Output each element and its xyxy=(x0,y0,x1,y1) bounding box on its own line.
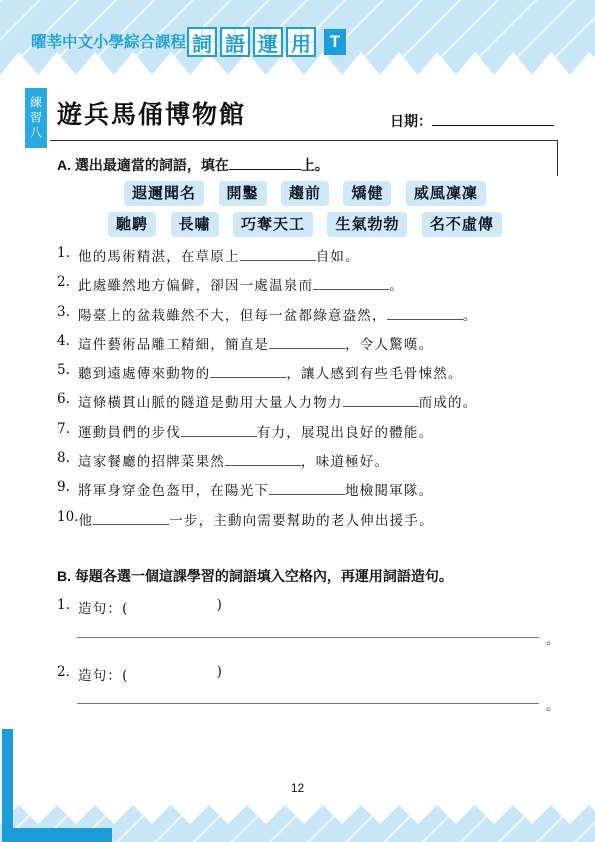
question-post-text: 。 xyxy=(389,278,404,294)
sentence-end-period: 。 xyxy=(546,694,560,714)
question-text: 這件藝術品雕工精細，簡直是，令人驚嘆。 xyxy=(78,333,433,353)
word-bank-row: 馳騁 長嘯 巧奪天工 生氣勃勃 名不虛傳 xyxy=(60,212,550,237)
answer-blank xyxy=(240,248,316,261)
answer-blank xyxy=(313,277,389,290)
inline-blank xyxy=(229,157,301,170)
sentence-end-period: 。 xyxy=(546,628,560,648)
sentence-label: 造句：( xyxy=(78,597,129,617)
sentence-item: 1. 造句：() xyxy=(57,597,223,617)
question-text: 他一步，主動向需要幫助的老人伸出援手。 xyxy=(78,509,433,529)
course-title: 曜莘中文小學綜合課程 xyxy=(31,30,186,52)
unit-char-box: 運 xyxy=(253,27,283,57)
word-bank-chip: 矯健 xyxy=(343,181,391,206)
word-fill-gap xyxy=(129,664,217,684)
question-number: 8. xyxy=(57,450,78,466)
unit-char-box: 詞 xyxy=(187,27,217,57)
answer-blank xyxy=(343,394,419,407)
question-pre-text: 運動員們的步伐 xyxy=(78,425,181,441)
word-bank-chip: 名不虛傳 xyxy=(422,212,502,237)
word-bank-chip: 生氣勃勃 xyxy=(327,212,407,237)
teacher-tag-badge: T xyxy=(324,29,346,55)
bottom-margin-bar xyxy=(2,828,112,842)
worksheet-page: 曜莘中文小學綜合課程 詞 語 運 用 T 練習八 遊兵馬俑博物館 日期： A. … xyxy=(0,0,595,842)
question-number: 2. xyxy=(57,274,78,290)
left-margin-bar xyxy=(2,729,13,842)
title-divider-corner xyxy=(557,140,558,176)
question-text: 他的馬術精湛，在草原上自如。 xyxy=(78,245,360,265)
question-post-text: 一步，主動向需要幫助的老人伸出援手。 xyxy=(169,513,434,529)
question-list: 1. 他的馬術精湛，在草原上自如。 2. 此處雖然地方偏僻，卻因一處温泉而。 3… xyxy=(57,245,567,538)
question-item: 7. 運動員們的步伐有力，展現出良好的體能。 xyxy=(57,421,567,450)
sentence-label: 造句：( xyxy=(78,664,129,684)
answer-blank xyxy=(210,365,286,378)
question-text: 聽到遠處傳來動物的，讓人感到有些毛骨悚然。 xyxy=(78,362,463,382)
question-item: 2. 此處雖然地方偏僻，卻因一處温泉而。 xyxy=(57,274,567,303)
question-pre-text: 這件藝術品雕工精細，簡直是 xyxy=(78,337,269,353)
date-field: 日期： xyxy=(390,111,554,131)
question-pre-text: 陽臺上的盆栽雖然不大，但每一盆都綠意盎然， xyxy=(78,308,387,324)
word-bank-row: 遐邇聞名 開鑿 趨前 矯健 威風凜凜 xyxy=(60,181,550,206)
question-pre-text: 這家餐廳的招牌菜果然 xyxy=(78,454,225,470)
word-bank-chip: 遐邇聞名 xyxy=(124,181,204,206)
answer-blank xyxy=(93,512,169,525)
word-bank-chip: 開鑿 xyxy=(219,181,267,206)
question-pre-text: 聽到遠處傳來動物的 xyxy=(78,366,210,382)
question-text: 這家餐廳的招牌菜果然，味道極好。 xyxy=(78,450,389,470)
word-bank-chip: 威風凜凜 xyxy=(406,181,486,206)
question-post-text: 自如。 xyxy=(316,249,360,265)
unit-title-boxes: 詞 語 運 用 T xyxy=(187,27,346,57)
word-bank: 遐邇聞名 開鑿 趨前 矯健 威風凜凜 馳騁 長嘯 巧奪天工 生氣勃勃 名不虛傳 xyxy=(60,181,550,243)
question-item: 6. 這條橫貫山脈的隧道是動用大量人力物力而成的。 xyxy=(57,391,567,420)
question-post-text: 有力，展現出良好的體能。 xyxy=(257,425,433,441)
sentence-answer-line xyxy=(77,637,539,638)
question-post-text: 。 xyxy=(463,308,478,324)
question-pre-text: 將軍身穿金色盔甲，在陽光下 xyxy=(78,483,269,499)
question-pre-text: 他的馬術精湛，在草原上 xyxy=(78,249,240,265)
question-number: 3. xyxy=(57,304,78,320)
question-text: 陽臺上的盆栽雖然不大，但每一盆都綠意盎然，。 xyxy=(78,304,477,324)
question-item: 9. 將軍身穿金色盔甲，在陽光下地檢閱軍隊。 xyxy=(57,479,567,508)
page-title: 遊兵馬俑博物館 xyxy=(57,95,246,131)
question-number: 1. xyxy=(57,245,78,261)
section-a-suffix: 上。 xyxy=(301,157,329,173)
word-bank-chip: 馳騁 xyxy=(108,212,156,237)
section-b-heading: B. 每題各選一個這課學習的詞語填入空格內，再運用詞語造句。 xyxy=(57,566,453,586)
question-text: 將軍身穿金色盔甲，在陽光下地檢閱軍隊。 xyxy=(78,479,433,499)
question-number: 7. xyxy=(57,421,78,437)
question-post-text: ，讓人感到有些毛骨悚然。 xyxy=(286,366,462,382)
date-label: 日期： xyxy=(390,113,432,129)
date-blank-line xyxy=(432,112,554,126)
question-pre-text: 此處雖然地方偏僻，卻因一處温泉而 xyxy=(78,278,313,294)
sentence-number: 2. xyxy=(57,664,78,684)
word-bank-chip: 巧奪天工 xyxy=(233,212,313,237)
question-text: 此處雖然地方偏僻，卻因一處温泉而。 xyxy=(78,274,404,294)
close-paren: ) xyxy=(217,597,223,617)
question-item: 4. 這件藝術品雕工精細，簡直是，令人驚嘆。 xyxy=(57,333,567,362)
unit-char-box: 語 xyxy=(220,27,250,57)
answer-blank xyxy=(181,424,257,437)
answer-blank xyxy=(269,482,345,495)
word-fill-gap xyxy=(129,597,217,617)
question-number: 9. xyxy=(57,479,78,495)
question-post-text: ，味道極好。 xyxy=(301,454,389,470)
unit-char-box: 用 xyxy=(286,27,316,57)
answer-blank xyxy=(387,307,463,320)
question-number: 4. xyxy=(57,333,78,349)
section-a-heading: A. 選出最適當的詞語，填在上。 xyxy=(57,155,329,175)
question-item: 1. 他的馬術精湛，在草原上自如。 xyxy=(57,245,567,274)
answer-blank xyxy=(269,336,345,349)
question-pre-text: 他 xyxy=(78,513,93,529)
question-text: 運動員們的步伐有力，展現出良好的體能。 xyxy=(78,421,433,441)
answer-blank xyxy=(225,453,301,466)
question-number: 5. xyxy=(57,362,78,378)
sentence-answer-line xyxy=(77,703,539,704)
question-post-text: ，令人驚嘆。 xyxy=(345,337,433,353)
section-a-prefix: A. 選出最適當的詞語，填在 xyxy=(57,157,229,173)
question-pre-text: 這條橫貫山脈的隧道是動用大量人力物力 xyxy=(78,395,343,411)
question-number: 10. xyxy=(57,509,78,525)
page-number: 12 xyxy=(0,781,595,795)
title-divider-rule xyxy=(50,140,558,141)
question-item: 3. 陽臺上的盆栽雖然不大，但每一盆都綠意盎然，。 xyxy=(57,304,567,333)
sentence-number: 1. xyxy=(57,597,78,617)
question-item: 10. 他一步，主動向需要幫助的老人伸出援手。 xyxy=(57,509,567,538)
word-bank-chip: 長嘯 xyxy=(171,212,219,237)
sentence-item: 2. 造句：() xyxy=(57,664,223,684)
question-item: 8. 這家餐廳的招牌菜果然，味道極好。 xyxy=(57,450,567,479)
question-post-text: 而成的。 xyxy=(419,395,478,411)
close-paren: ) xyxy=(217,664,223,684)
question-post-text: 地檢閱軍隊。 xyxy=(345,483,433,499)
question-text: 這條橫貫山脈的隧道是動用大量人力物力而成的。 xyxy=(78,391,477,411)
word-bank-chip: 趨前 xyxy=(281,181,329,206)
exercise-number-tab: 練習八 xyxy=(25,88,47,148)
question-number: 6. xyxy=(57,391,78,407)
question-item: 5. 聽到遠處傳來動物的，讓人感到有些毛骨悚然。 xyxy=(57,362,567,391)
